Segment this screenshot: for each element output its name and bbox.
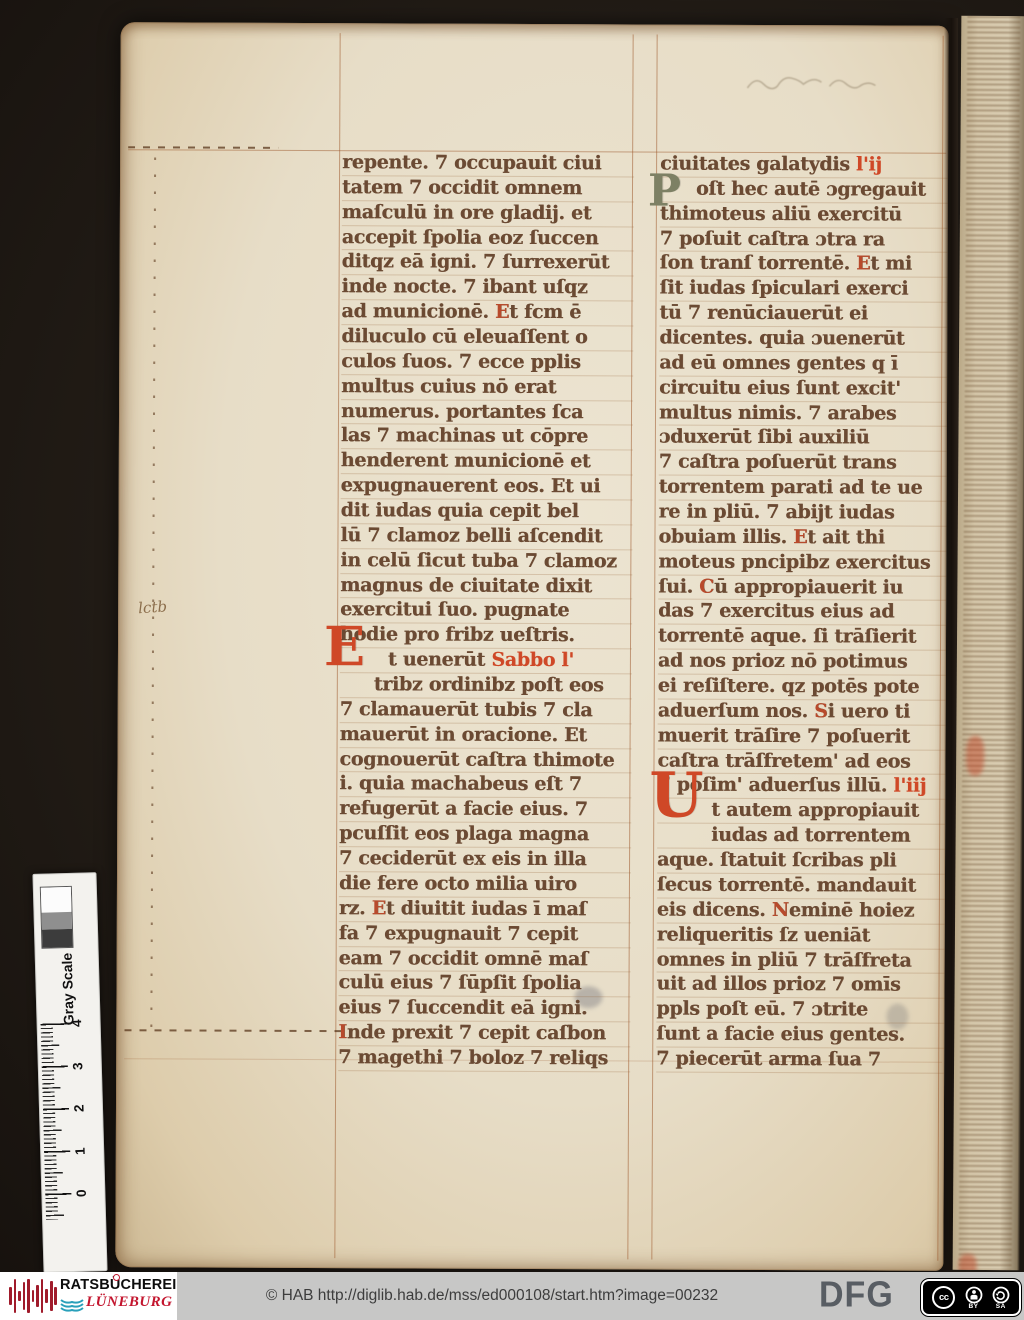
manuscript-text-line: uit ad illos prioz 7 omīs (656, 973, 944, 999)
logo-bar (18, 1291, 21, 1301)
manuscript-text-line: ſecus torrentē. mandauit (657, 873, 945, 899)
manuscript-text-line: re in pliū. 7 abijt iudas (659, 501, 947, 527)
gray-scale-patches (40, 886, 74, 949)
logo-bar (41, 1279, 44, 1313)
gray-scale-label: Gray Scale (59, 953, 77, 1026)
manuscript-text-line: ei reſiſtere. qz potēs pote (658, 675, 946, 701)
manuscript-text-line: 7 poſuit caſtra ɔtra ra (660, 227, 948, 253)
manuscript-text-line: mauerūt in oracione. Et (340, 723, 632, 749)
manuscript-text-line: ciuitates galatydis l'ij (660, 153, 948, 179)
logo-bar (50, 1281, 53, 1311)
manuscript-text-line: 7 ceciderūt ex eis in illa (339, 847, 631, 873)
manuscript-text-line: thimoteus aliū exercitū (660, 202, 948, 228)
manuscript-text-line: aduerſum nos. Si uero ti (658, 699, 946, 725)
cc-license-badge[interactable]: cc BY SA (921, 1279, 1021, 1316)
logo-bar (45, 1289, 48, 1303)
open-book-icon (60, 1297, 84, 1318)
logo-bar (9, 1287, 12, 1305)
manuscript-text-line: in celū ſicut tuba 7 clamoz (340, 549, 632, 575)
text-column-left: repente. 7 occupauit ciuitatem 7 occidit… (338, 151, 634, 1072)
ruler-number: 3 (70, 1059, 85, 1073)
manuscript-text-line: expugnauerent eos. Et ui (341, 474, 633, 500)
manuscript-text-line: ſui. Cū appropiauerit iu (658, 575, 946, 601)
manuscript-text-line: ad municionē. Et fcm ē (341, 300, 633, 326)
manuscript-text-line: eam 7 occidit omnē maſ (339, 947, 631, 973)
manuscript-text-line: culū eius 7 ſūpſit ſpolia (338, 972, 630, 998)
illuminated-initial-U: U (649, 769, 703, 822)
manuscript-text-line: i. quia machabeus eſt 7 (339, 773, 631, 799)
margin-annotation: lctb (138, 597, 168, 617)
manuscript-text-line: dicentes. quia ɔuenerūt (659, 327, 947, 353)
manuscript-text-line: ditqz eā igni. 7 ſurrexerūt (342, 251, 634, 277)
manuscript-text-line: hodie pro fribz ueſtris. (340, 623, 632, 649)
gray-scale-ruler: Gray Scale 43210 (32, 872, 107, 1273)
manuscript-text-line: henderent municionē et (341, 449, 633, 475)
manuscript-text-line: torrentē aque. ſi trāſierit (658, 625, 946, 651)
manuscript-page-image[interactable]: lctb repente. 7 occupauit ciuitatem 7 oc… (115, 22, 948, 1271)
logo-bar (32, 1290, 35, 1302)
logo-bar (36, 1285, 39, 1307)
manuscript-text-line: tatem 7 occidit omnem (342, 176, 634, 202)
attribution-person-icon: BY (965, 1286, 983, 1310)
manuscript-text-line: pcuſſit eos plaga magna (339, 822, 631, 848)
manuscript-text-line: reliqueritis ſz ueniāt (657, 923, 945, 949)
manuscript-text-line: moteus pncipibz exercitus (658, 550, 946, 576)
manuscript-text-line: las 7 machinas ut cōpre (341, 425, 633, 451)
logo-bar (14, 1279, 17, 1313)
manuscript-text-line: torrentem parati ad te ue (659, 476, 947, 502)
copyright-url: © HAB http://diglib.hab.de/mss/ed000108/… (195, 1272, 789, 1320)
manuscript-text-line: diluculo cū eleuaſſent o (341, 325, 633, 351)
manuscript-text-line: accepit ſpolia eoz ſuccen (342, 226, 634, 252)
manuscript-text-line: 7 magethi 7 boloz 7 reliqs (338, 1046, 630, 1072)
text-column-right: ciuitates galatydis l'ijoſt hec autē ɔgr… (656, 153, 948, 1074)
patch-white (41, 887, 72, 913)
patch-gray (42, 912, 72, 930)
patch-dark (42, 929, 72, 947)
manuscript-text-line: ppls poſt eū. 7 ɔtrite (656, 998, 944, 1024)
ruler-number: 4 (69, 1016, 84, 1030)
manuscript-text-line: magnus de ciuitate dixit (340, 574, 632, 600)
dfg-logo[interactable]: DFG (819, 1275, 894, 1316)
cc-logo-icon: cc (932, 1286, 955, 1309)
ruling-vertical-col2-left (651, 35, 657, 1260)
manuscript-text-line: ſon tranſ torrentē. Et mi (660, 252, 948, 278)
ruler-ticks-major (41, 1023, 72, 1216)
manuscript-text-line: ɔduxerūt ſibi auxiliū (659, 426, 947, 452)
manuscript-text-line: tū 7 renūciauerūt ei (659, 302, 947, 328)
manuscript-text-line: das 7 exercitus eius ad (658, 600, 946, 626)
manuscript-text-line: circuitu eius ſunt excit' (659, 376, 947, 402)
library-city: LÜNEBURG (86, 1294, 173, 1311)
logo-bar (23, 1282, 26, 1310)
ruler-number: 1 (72, 1144, 87, 1158)
manuscript-text-line: exercitui ſuo. pugnate (340, 599, 632, 625)
facing-page-edge (953, 16, 1024, 1270)
ruler-number: 2 (71, 1101, 86, 1115)
manuscript-text-line: die fere octo milia uiro (339, 872, 631, 898)
manuscript-text-line: numerus. portantes ſca (341, 400, 633, 426)
manuscript-text-line: culos ſuos. 7 ecce pplis (341, 350, 633, 376)
organ-pipes-logo-icon (9, 1277, 57, 1315)
ruler-number: 0 (74, 1186, 89, 1200)
manuscript-text-line: muerit trāſire 7 poſuerit (658, 724, 946, 750)
illuminated-initial-P: P (648, 172, 681, 210)
manuscript-text-line: lū 7 clamoz belli aſcendit (340, 524, 632, 550)
manuscript-text-line: ſunt a facie eius gentes. (656, 1023, 944, 1049)
manuscript-text-line: Inde prexit 7 cepit caſbon (338, 1021, 630, 1047)
illuminated-initial-E: E (324, 624, 365, 670)
manuscript-text-line: eius 7 ſuccendit eā igni. (338, 996, 630, 1022)
manuscript-text-line: ad nos prioz nō potimus (658, 650, 946, 676)
ruling-dashes-bottom-margin (124, 1029, 344, 1032)
manuscript-text-line: obuiam illis. Et ait thi (658, 525, 946, 551)
logo-bar (54, 1287, 57, 1305)
manuscript-text-line: rz. Et diuitit iudas ī maſ (339, 897, 631, 923)
share-alike-icon: SA (992, 1286, 1010, 1310)
manuscript-text-line: t uenerūt Sabbo l' (340, 648, 632, 674)
logo-u-ring (113, 1274, 120, 1281)
faded-inscription (742, 63, 912, 106)
logo-bar (27, 1279, 30, 1313)
manuscript-text-line: eis dicens. Neminē hoiez (657, 898, 945, 924)
facing-page-red-mark (959, 1254, 977, 1270)
manuscript-text-line: 7 piecerūt arma ſua 7 (656, 1047, 944, 1073)
manuscript-text-line: ſit iudas ſpiculari exerci (660, 277, 948, 303)
prick-marks (150, 157, 156, 1029)
manuscript-text-line: multus nimis. 7 arabes (659, 401, 947, 427)
manuscript-text-line: ad eū omnes gentes q ī (659, 351, 947, 377)
manuscript-text-line: 7 clamauerūt tubis 7 cla (340, 698, 632, 724)
facing-page-red-mark (966, 736, 984, 776)
photo-background: lctb repente. 7 occupauit ciuitatem 7 oc… (0, 0, 1024, 1272)
manuscript-text-line: repente. 7 occupauit ciui (342, 151, 634, 177)
manuscript-text-line: oſt hec autē ɔgregauit (660, 177, 948, 203)
manuscript-text-line: refugerūt a facie eius. 7 (339, 798, 631, 824)
library-logo[interactable]: RATSBÜCHEREI LÜNEBURG (0, 1272, 177, 1320)
manuscript-text-line: inde nocte. 7 ibant uſqz (342, 275, 634, 301)
manuscript-text-line: fa 7 expugnauit 7 cepit (339, 922, 631, 948)
manuscript-text-line: tribz ordinibz poſt eos (340, 673, 632, 699)
manuscript-text-line: cognouerūt caſtra thimote (339, 748, 631, 774)
manuscript-text-line: aque. ſtatuit ſcribas pli (657, 849, 945, 875)
manuscript-text-line: dit iudas quia cepit bel (341, 499, 633, 525)
manuscript-text-line: omnes in pliū 7 trāſfreta (657, 948, 945, 974)
facing-page-text-blur (959, 16, 1021, 1270)
manuscript-text-line: multus cuius nō erat (341, 375, 633, 401)
footer-bar: RATSBÜCHEREI LÜNEBURG © HAB http://digli… (0, 1272, 1024, 1320)
manuscript-text-line: maſculū in ore gladij. et (342, 201, 634, 227)
manuscript-text-line: 7 caſtra poſuerūt trans (659, 451, 947, 477)
